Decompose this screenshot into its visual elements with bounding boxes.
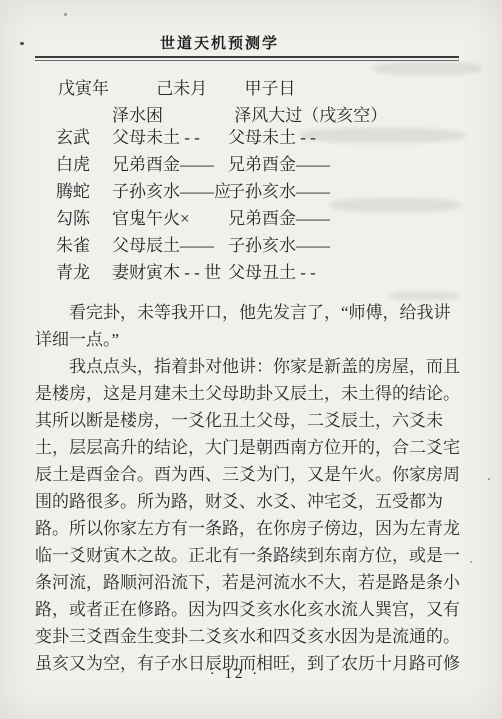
scan-speck (64, 13, 67, 16)
line-changed: 兄弟酉金—— (228, 205, 330, 232)
god-label: 朱雀 (56, 232, 112, 259)
scan-speck (20, 42, 24, 45)
scan-speck (470, 561, 472, 563)
line-original: 子孙亥水——应 (112, 178, 228, 205)
book-page: 世道天机预测学 戊寅年 己未月 甲子日 泽水困 泽风大过（戌亥空） 玄武 父母未… (0, 0, 502, 719)
table-row: 玄武 父母未土 - - 父母未土 - - (56, 124, 330, 151)
divination-table: 玄武 父母未土 - - 父母未土 - - 白虎 兄弟酉金—— 兄弟酉金—— 腾蛇… (56, 124, 330, 286)
body-line: 路。所以你家左方有一条路，在你房子傍边，因为左青龙 (35, 515, 463, 542)
god-label: 勾陈 (56, 205, 112, 232)
body-text: 看完卦，未等我开口，他先发言了，“师傅，给我讲 详细一点。” 我点点头，指着卦对… (35, 299, 463, 677)
hexagram-names: 泽水困 泽风大过（戌亥空） (112, 101, 387, 126)
line-changed: 子孙亥水—— (228, 178, 330, 205)
body-line: 详细一点。” (35, 326, 463, 353)
line-original: 父母辰土—— (112, 232, 228, 259)
body-line: 围的路很多。所为路，财爻、水爻、冲宅爻，五受都为 (35, 488, 463, 515)
line-original: 官鬼午火× (112, 205, 228, 232)
body-line: 其所以断是楼房，一爻化丑土父母，二爻辰土，六爻未 (35, 407, 463, 434)
title-rule (35, 56, 459, 61)
hexagram-name-changed: 泽风大过（戌亥空） (234, 106, 387, 125)
hexagram-name-original: 泽水困 (112, 101, 230, 126)
table-row: 朱雀 父母辰土—— 子孙亥水—— (56, 232, 330, 259)
table-row: 白虎 兄弟酉金—— 兄弟酉金—— (56, 151, 330, 178)
god-label: 腾蛇 (56, 178, 112, 205)
line-original: 父母未土 - - (112, 124, 228, 151)
body-line: 土，层层高升的结论，大门是朝西南方位开的，合二爻宅 (35, 434, 463, 461)
month-label: 己未月 (156, 74, 240, 99)
line-changed: 兄弟酉金—— (228, 151, 330, 178)
body-line: 是楼房，这是月建未土父母助卦又辰土，未土得的结论。 (35, 380, 463, 407)
page-number: · 12 · (0, 666, 470, 683)
page-title: 世道天机预测学 (160, 32, 279, 53)
body-line: 条河流，路顺河沿流下，若是河流水不大，若是路是条小 (35, 569, 463, 596)
line-changed: 父母丑土 - - (228, 259, 316, 286)
body-line: 看完卦，未等我开口，他先发言了，“师傅，给我讲 (35, 299, 463, 326)
body-line: 变卦三爻酉金生变卦二爻亥水和四爻亥水因为是流通的。 (35, 623, 463, 650)
god-label: 青龙 (56, 259, 112, 286)
scan-smudge (390, 292, 460, 300)
scan-smudge (300, 128, 465, 143)
date-header: 戊寅年 己未月 甲子日 (58, 74, 296, 99)
body-line: 临一爻财寅木之故。正北有一条路续到东南方位，或是一 (35, 542, 463, 569)
day-label: 甲子日 (245, 74, 296, 99)
table-row: 勾陈 官鬼午火× 兄弟酉金—— (56, 205, 330, 232)
scan-speck (488, 478, 490, 480)
table-row: 腾蛇 子孙亥水——应 子孙亥水—— (56, 178, 330, 205)
body-line: 路，或者正在修路。因为四爻亥水化亥水流人巽宫，又有 (35, 596, 463, 623)
line-original: 妻财寅木 - - 世 (112, 259, 228, 286)
line-original: 兄弟酉金—— (112, 151, 228, 178)
body-line: 我点点头，指着卦对他讲：你家是新盖的房屋，而且 (35, 353, 463, 380)
scan-smudge (330, 198, 460, 212)
table-row: 青龙 妻财寅木 - - 世 父母丑土 - - (56, 259, 330, 286)
scan-smudge (372, 62, 482, 75)
god-label: 玄武 (56, 124, 112, 151)
body-line: 辰土是酉金合。酉为西、三爻为门，又是午火。你家房周 (35, 461, 463, 488)
line-changed: 子孙亥水—— (228, 232, 330, 259)
year-label: 戊寅年 (58, 74, 152, 99)
god-label: 白虎 (56, 151, 112, 178)
